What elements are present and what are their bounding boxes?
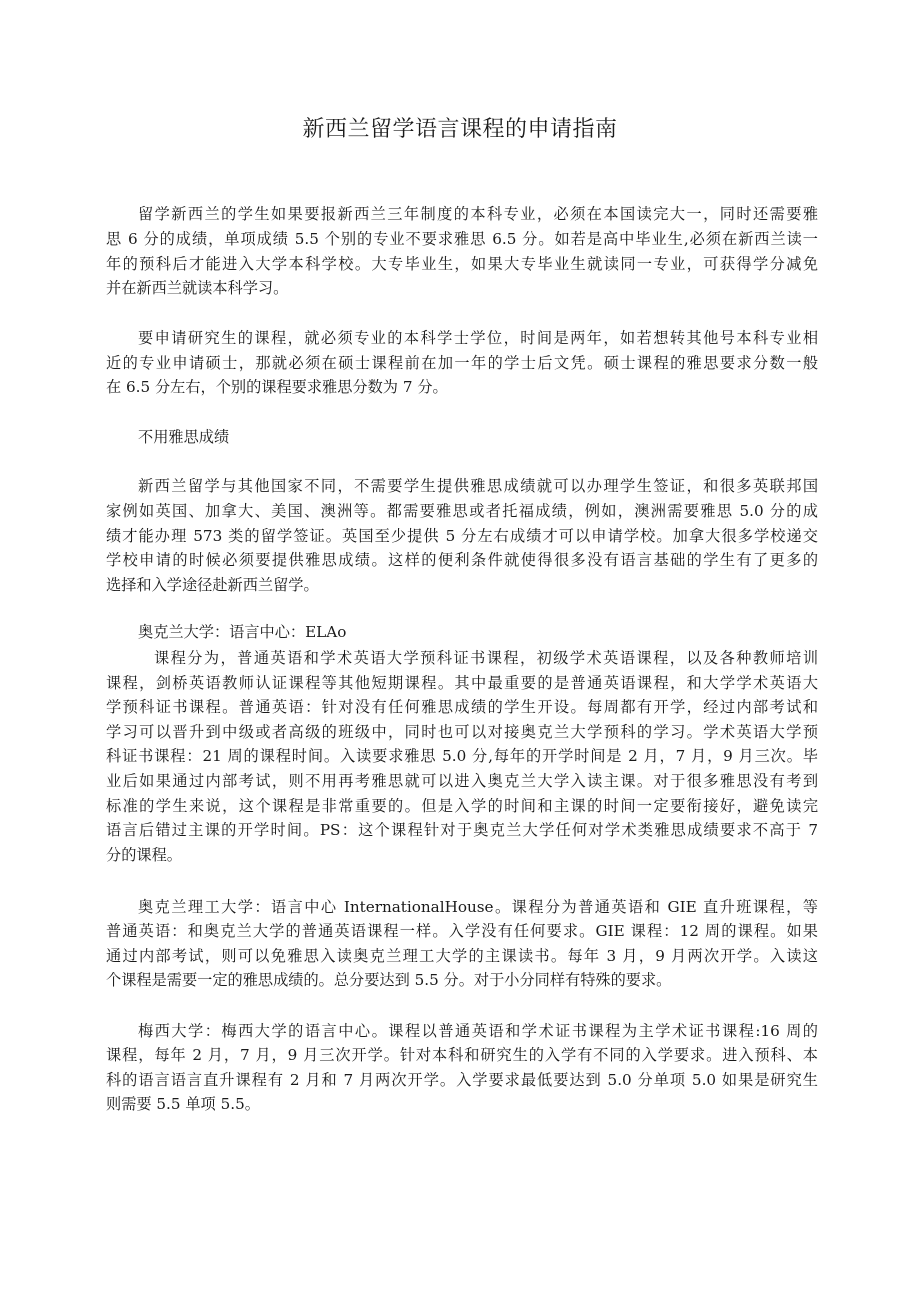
document-title: 新西兰留学语言课程的申请指南 — [0, 112, 920, 143]
paragraph-line: 个课程是需要一定的雅思成绩的。总分要达到 5.5 分。对于小分同样有特殊的要求。 — [106, 970, 818, 990]
paragraph-line: 绩才能办理 573 类的留学签证。英国至少提供 5 分左右成绩才可以申请学校。加… — [106, 526, 818, 546]
paragraph-line: 选择和入学途径赴新西兰留学。 — [106, 575, 818, 595]
paragraph-line: 业后如果通过内部考试，则不用再考雅思就可以进入奥克兰大学入读主课。对于很多雅思没… — [106, 771, 818, 791]
paragraph-line: 学习可以晋升到中级或者高级的班级中，同时也可以对接奥克兰大学预科的学习。学术英语… — [106, 722, 818, 742]
paragraph-line: 科的语言语言直升课程有 2 月和 7 月两次开学。入学要求最低要达到 5.0 分… — [106, 1070, 818, 1090]
paragraph-line: 新西兰留学与其他国家不同，不需要学生提供雅思成绩就可以办理学生签证，和很多英联邦… — [138, 476, 818, 496]
document-page: 新西兰留学语言课程的申请指南 留学新西兰的学生如果要报新西兰三年制度的本科专业，… — [0, 0, 920, 1301]
paragraph-line: 普通英语：和奥克兰大学的普通英语课程一样。入学没有任何要求。GIE 课程：12 … — [106, 921, 818, 941]
paragraph-line: 课程，剑桥英语教师认证课程等其他短期课程。其中最重要的是普通英语课程，和大学学术… — [106, 673, 818, 693]
paragraph-line: 则需要 5.5 单项 5.5。 — [106, 1094, 818, 1114]
paragraph-line: 留学新西兰的学生如果要报新西兰三年制度的本科专业，必须在本国读完大一，同时还需要… — [138, 204, 818, 224]
paragraph-line: 学校申请的时候必须要提供雅思成绩。这样的便利条件就使得很多没有语言基础的学生有了… — [106, 550, 818, 570]
paragraph-line: 标准的学生来说，这个课程是非常重要的。但是入学的时间和主课的时间一定要衔接好，避… — [106, 796, 818, 816]
paragraph-line: 并在新西兰就读本科学习。 — [106, 278, 818, 298]
section-heading: 奥克兰大学：语言中心：ELAo — [138, 622, 818, 642]
paragraph-line: 课程，每年 2 月，7 月，9 月三次开学。针对本科和研究生的入学有不同的入学要… — [106, 1045, 818, 1065]
paragraph-line: 奥克兰理工大学：语言中心 InternationalHouse。课程分为普通英语… — [138, 897, 818, 917]
paragraph-line: 在 6.5 分左右，个别的课程要求雅思分数为 7 分。 — [106, 377, 818, 397]
paragraph-line: 梅西大学：梅西大学的语言中心。课程以普通英语和学术证书课程为主学术证书课程:16… — [138, 1021, 818, 1041]
paragraph-line: 学预科证书课程。普通英语：针对没有任何雅思成绩的学生开设。每周都有开学，经过内部… — [106, 697, 818, 717]
paragraph-line: 课程分为，普通英语和学术英语大学预科证书课程，初级学术英语课程，以及各种教师培训 — [154, 648, 818, 668]
paragraph-line: 家例如英国、加拿大、美国、澳洲等。都需要雅思或者托福成绩，例如，澳洲需要雅思 5… — [106, 501, 818, 521]
paragraph-line: 科证书课程：21 周的课程时间。入读要求雅思 5.0 分,每年的开学时间是 2 … — [106, 746, 818, 766]
paragraph-line: 分的课程。 — [106, 845, 818, 865]
paragraph-line: 年的预科后才能进入大学本科学校。大专毕业生，如果大专毕业生就读同一专业，可获得学… — [106, 254, 818, 274]
paragraph-line: 要申请研究生的课程，就必须专业的本科学士学位，时间是两年，如若想转其他号本科专业… — [138, 328, 818, 348]
paragraph-line: 近的专业申请硕士，那就必须在硕士课程前在加一年的学士后文凭。硕士课程的雅思要求分… — [106, 353, 818, 373]
paragraph-line: 思 6 分的成绩，单项成绩 5.5 个别的专业不要求雅思 6.5 分。如若是高中… — [106, 229, 818, 249]
section-heading: 不用雅思成绩 — [138, 427, 818, 447]
paragraph-line: 语言后错过主课的开学时间。PS：这个课程针对于奥克兰大学任何对学术类雅思成绩要求… — [106, 820, 818, 840]
paragraph-line: 通过内部考试，则可以免雅思入读奥克兰理工大学的主课读书。每年 3 月，9 月两次… — [106, 946, 818, 966]
